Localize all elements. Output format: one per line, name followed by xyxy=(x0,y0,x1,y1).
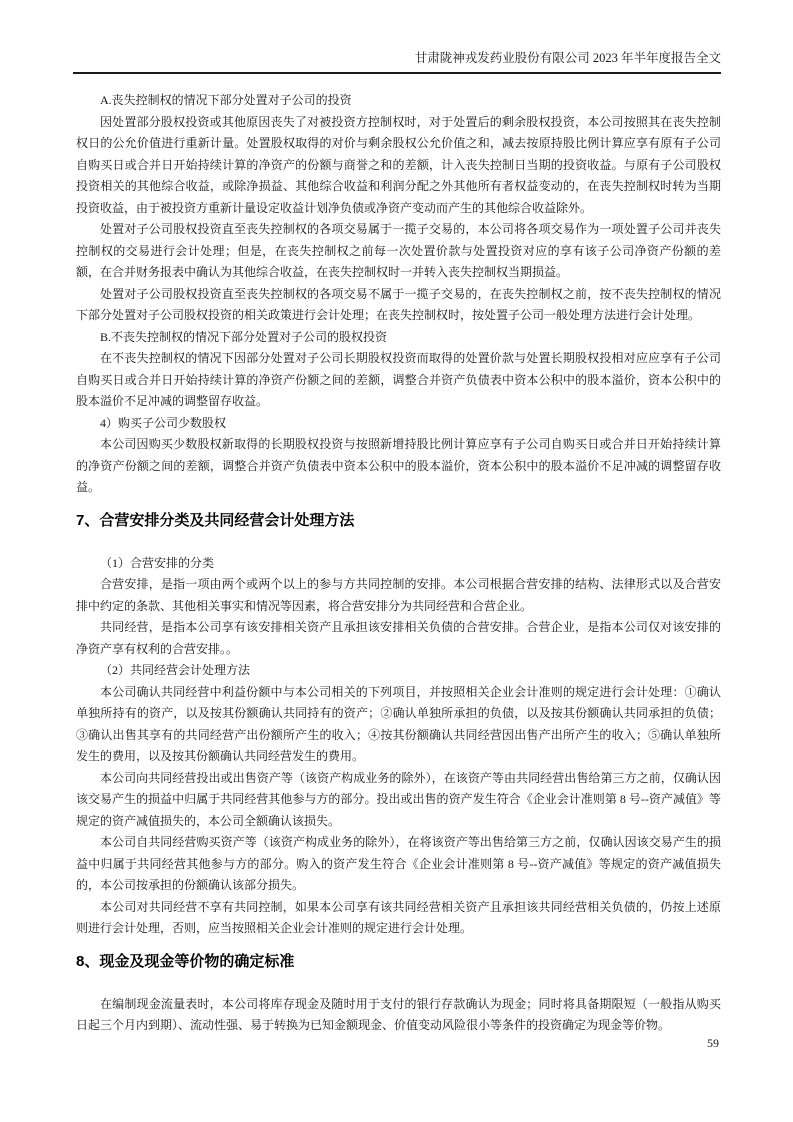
page-number: 59 xyxy=(707,1035,719,1051)
subsection-label-4: 4）购买子公司少数股权 xyxy=(76,413,721,435)
subsection-label-1: （1）合营安排的分类 xyxy=(76,553,721,575)
paragraph: 本公司确认共同经营中利益份额中与本公司相关的下列项目，并按照相关企业会计准则的规… xyxy=(76,682,721,768)
paragraph: 处置对子公司股权投资直至丧失控制权的各项交易不属于一揽子交易的，在丧失控制权之前… xyxy=(76,284,721,327)
paragraph: 处置对子公司股权投资直至丧失控制权的各项交易属于一揽子交易的，本公司将各项交易作… xyxy=(76,219,721,284)
subsection-label-a: A.丧失控制权的情况下部分处置对子公司的投资 xyxy=(76,90,721,112)
subsection-label-2: （2）共同经营会计处理方法 xyxy=(76,660,721,682)
subsection-label-b: B.不丧失控制权的情况下部分处置对子公司的股权投资 xyxy=(76,327,721,349)
section-8-heading: 8、现金及现金等价物的确定标准 xyxy=(76,951,721,973)
paragraph: 合营安排，是指一项由两个或两个以上的参与方共同控制的安排。本公司根据合营安排的结… xyxy=(76,574,721,617)
section-7-heading: 7、合营安排分类及共同经营会计处理方法 xyxy=(76,510,721,532)
paragraph: 因处置部分股权投资或其他原因丧失了对被投资方控制权时，对于处置后的剩余股权投资，… xyxy=(76,112,721,220)
paragraph: 本公司因购买少数股权新取得的长期股权投资与按照新增持股比例计算应享有子公司自购买… xyxy=(76,434,721,499)
document-body: A.丧失控制权的情况下部分处置对子公司的投资 因处置部分股权投资或其他原因丧失了… xyxy=(76,90,721,1037)
paragraph: 本公司向共同经营投出或出售资产等（该资产构成业务的除外），在该资产等由共同经营出… xyxy=(76,768,721,833)
paragraph: 本公司对共同经营不享有共同控制，如果本公司享有该共同经营相关资产且承担该共同经营… xyxy=(76,897,721,940)
paragraph: 在不丧失控制权的情况下因部分处置对子公司长期股权投资而取得的处置价款与处置长期股… xyxy=(76,348,721,413)
paragraph: 在编制现金流量表时，本公司将库存现金及随时用于支付的银行存款确认为现金；同时将具… xyxy=(76,994,721,1037)
paragraph: 共同经营，是指本公司享有该安排相关资产且承担该安排相关负债的合营安排。合营企业，… xyxy=(76,617,721,660)
paragraph: 本公司自共同经营购买资产等（该资产构成业务的除外），在将该资产等出售给第三方之前… xyxy=(76,832,721,897)
page-header-title: 甘肃陇神戎发药业股份有限公司 2023 年半年度报告全文 xyxy=(73,50,721,74)
report-page: 甘肃陇神戎发药业股份有限公司 2023 年半年度报告全文 A.丧失控制权的情况下… xyxy=(0,0,793,1122)
